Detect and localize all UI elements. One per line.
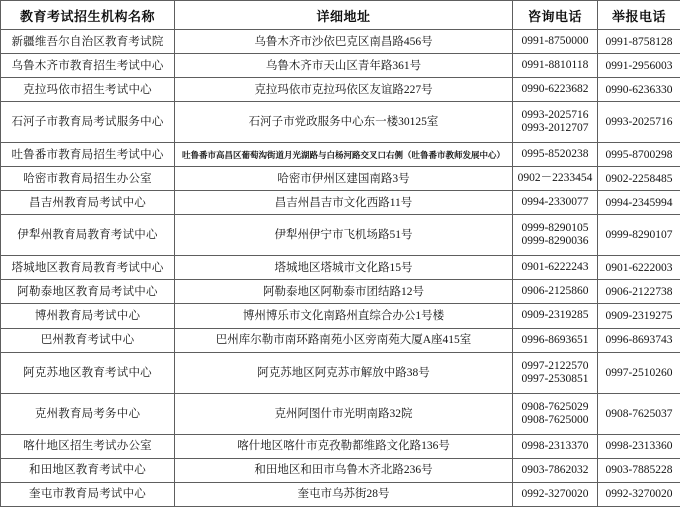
- phone-line: 0901-6222243: [515, 261, 595, 274]
- phone-line: 0902－2233454: [515, 172, 595, 185]
- report-phone: 0902-2258485: [598, 167, 680, 191]
- table-row: 巴州教育考试中心 巴州库尔勒市南环路南苑小区旁南苑大厦A座415室 0996-8…: [1, 328, 680, 352]
- table-row: 和田地区教育考试中心 和田地区和田市乌鲁木齐北路236号 0903-786203…: [1, 458, 680, 482]
- column-header-institution: 教育考试招生机构名称: [1, 1, 175, 30]
- address: 石河子市党政服务中心东一楼30125室: [175, 102, 513, 143]
- institution-name: 塔城地区教育局教育考试中心: [1, 256, 175, 280]
- column-header-address: 详细地址: [175, 1, 513, 30]
- column-header-consult-phone: 咨询电话: [513, 1, 598, 30]
- table-row: 伊犁州教育局教育考试中心 伊犁州伊宁市飞机场路51号 0999-82901050…: [1, 215, 680, 256]
- phone-line: 0992-3270020: [515, 488, 595, 501]
- table-row: 石河子市教育局考试服务中心 石河子市党政服务中心东一楼30125室 0993-2…: [1, 102, 680, 143]
- table-row: 哈密市教育局招生办公室 哈密市伊州区建国南路3号 0902－2233454 09…: [1, 167, 680, 191]
- institution-name: 伊犁州教育局教育考试中心: [1, 215, 175, 256]
- report-phone: 0906-2122738: [598, 280, 680, 304]
- consult-phone: 0999-82901050999-8290036: [513, 215, 598, 256]
- table-row: 新疆维吾尔自治区教育考试院 乌鲁木齐市沙依巴克区南昌路456号 0991-875…: [1, 30, 680, 54]
- report-phone: 0991-8758128: [598, 30, 680, 54]
- report-phone: 0999-8290107: [598, 215, 680, 256]
- table-row: 博州教育局考试中心 博州博乐市文化南路州直综合办公1号楼 0909-231928…: [1, 304, 680, 328]
- phone-line: 0995-8520238: [515, 148, 595, 161]
- report-phone: 0991-2956003: [598, 54, 680, 78]
- address: 阿勒泰地区阿勒泰市团结路12号: [175, 280, 513, 304]
- address: 昌吉州昌吉市文化西路11号: [175, 191, 513, 215]
- phone-line: 0991-8810118: [515, 59, 595, 72]
- report-phone: 0909-2319275: [598, 304, 680, 328]
- phone-directory-page: 教育考试招生机构名称 详细地址 咨询电话 举报电话 新疆维吾尔自治区教育考试院 …: [0, 0, 680, 507]
- address: 乌鲁木齐市天山区青年路361号: [175, 54, 513, 78]
- institution-name: 吐鲁番市教育局招生考试中心: [1, 143, 175, 167]
- phone-line: 0908-7625000: [515, 414, 595, 427]
- phone-line: 0999-8290036: [515, 235, 595, 248]
- consult-phone: 0902－2233454: [513, 167, 598, 191]
- institution-name: 博州教育局考试中心: [1, 304, 175, 328]
- report-phone: 0995-8700298: [598, 143, 680, 167]
- address: 克州阿图什市光明南路32院: [175, 393, 513, 434]
- table-row: 喀什地区招生考试办公室 喀什地区喀什市克孜勒都维路文化路136号 0998-23…: [1, 434, 680, 458]
- consult-phone: 0997-21225700997-2530851: [513, 352, 598, 393]
- institution-name: 哈密市教育局招生办公室: [1, 167, 175, 191]
- address: 伊犁州伊宁市飞机场路51号: [175, 215, 513, 256]
- institution-name: 阿克苏地区教育考试中心: [1, 352, 175, 393]
- report-phone: 0996-8693743: [598, 328, 680, 352]
- consult-phone: 0991-8810118: [513, 54, 598, 78]
- phone-line: 0994-2330077: [515, 196, 595, 209]
- consult-phone: 0992-3270020: [513, 482, 598, 506]
- institution-name: 和田地区教育考试中心: [1, 458, 175, 482]
- institution-name: 巴州教育考试中心: [1, 328, 175, 352]
- phone-line: 0993-2012707: [515, 122, 595, 135]
- phone-line: 0997-2122570: [515, 360, 595, 373]
- consult-phone: 0993-20257160993-2012707: [513, 102, 598, 143]
- table-row: 塔城地区教育局教育考试中心 塔城地区塔城市文化路15号 0901-6222243…: [1, 256, 680, 280]
- phone-line: 0909-2319285: [515, 309, 595, 322]
- report-phone: 0990-6236330: [598, 78, 680, 102]
- phone-line: 0991-8750000: [515, 35, 595, 48]
- phone-line: 0996-8693651: [515, 334, 595, 347]
- phone-line: 0997-2530851: [515, 373, 595, 386]
- consult-phone: 0991-8750000: [513, 30, 598, 54]
- institution-name: 新疆维吾尔自治区教育考试院: [1, 30, 175, 54]
- phone-line: 0993-2025716: [515, 109, 595, 122]
- address: 阿克苏地区阿克苏市解放中路38号: [175, 352, 513, 393]
- institution-name: 乌鲁木齐市教育招生考试中心: [1, 54, 175, 78]
- address: 奎屯市乌苏街28号: [175, 482, 513, 506]
- phone-line: 0998-2313370: [515, 440, 595, 453]
- report-phone: 0901-6222003: [598, 256, 680, 280]
- report-phone: 0998-2313360: [598, 434, 680, 458]
- report-phone: 0992-3270020: [598, 482, 680, 506]
- report-phone: 0903-7885228: [598, 458, 680, 482]
- table-body: 新疆维吾尔自治区教育考试院 乌鲁木齐市沙依巴克区南昌路456号 0991-875…: [1, 30, 680, 507]
- consult-phone: 0901-6222243: [513, 256, 598, 280]
- consult-phone: 0995-8520238: [513, 143, 598, 167]
- consult-phone: 0908-76250290908-7625000: [513, 393, 598, 434]
- consult-phone: 0996-8693651: [513, 328, 598, 352]
- table-row: 奎屯市教育局考试中心 奎屯市乌苏街28号 0992-3270020 0992-3…: [1, 482, 680, 506]
- report-phone: 0997-2510260: [598, 352, 680, 393]
- consult-phone: 0994-2330077: [513, 191, 598, 215]
- institution-name: 奎屯市教育局考试中心: [1, 482, 175, 506]
- institution-name: 克拉玛依市招生考试中心: [1, 78, 175, 102]
- report-phone: 0994-2345994: [598, 191, 680, 215]
- address: 巴州库尔勒市南环路南苑小区旁南苑大厦A座415室: [175, 328, 513, 352]
- institution-name: 石河子市教育局考试服务中心: [1, 102, 175, 143]
- phone-line: 0906-2125860: [515, 285, 595, 298]
- report-phone: 0993-2025716: [598, 102, 680, 143]
- institution-name: 阿勒泰地区教育局考试中心: [1, 280, 175, 304]
- report-phone: 0908-7625037: [598, 393, 680, 434]
- address: 和田地区和田市乌鲁木齐北路236号: [175, 458, 513, 482]
- address: 喀什地区喀什市克孜勒都维路文化路136号: [175, 434, 513, 458]
- phone-line: 0999-8290105: [515, 222, 595, 235]
- consult-phone: 0998-2313370: [513, 434, 598, 458]
- address: 克拉玛依市克拉玛依区友谊路227号: [175, 78, 513, 102]
- header-row: 教育考试招生机构名称 详细地址 咨询电话 举报电话: [1, 1, 680, 30]
- address: 哈密市伊州区建国南路3号: [175, 167, 513, 191]
- address: 塔城地区塔城市文化路15号: [175, 256, 513, 280]
- consult-phone: 0909-2319285: [513, 304, 598, 328]
- table-row: 克州教育局考务中心 克州阿图什市光明南路32院 0908-76250290908…: [1, 393, 680, 434]
- institution-name: 克州教育局考务中心: [1, 393, 175, 434]
- table-row: 阿勒泰地区教育局考试中心 阿勒泰地区阿勒泰市团结路12号 0906-212586…: [1, 280, 680, 304]
- address: 乌鲁木齐市沙依巴克区南昌路456号: [175, 30, 513, 54]
- phone-line: 0903-7862032: [515, 464, 595, 477]
- consult-phone: 0903-7862032: [513, 458, 598, 482]
- table-header: 教育考试招生机构名称 详细地址 咨询电话 举报电话: [1, 1, 680, 30]
- table-row: 阿克苏地区教育考试中心 阿克苏地区阿克苏市解放中路38号 0997-212257…: [1, 352, 680, 393]
- table-row: 昌吉州教育局考试中心 昌吉州昌吉市文化西路11号 0994-2330077 09…: [1, 191, 680, 215]
- consult-phone: 0906-2125860: [513, 280, 598, 304]
- table-row: 吐鲁番市教育局招生考试中心 吐鲁番市高昌区葡萄沟街道月光湖路与白杨河路交叉口右侧…: [1, 143, 680, 167]
- phone-line: 0908-7625029: [515, 401, 595, 414]
- consult-phone: 0990-6223682: [513, 78, 598, 102]
- address: 吐鲁番市高昌区葡萄沟街道月光湖路与白杨河路交叉口右侧（吐鲁番市教师发展中心）: [175, 143, 513, 167]
- column-header-report-phone: 举报电话: [598, 1, 680, 30]
- address: 博州博乐市文化南路州直综合办公1号楼: [175, 304, 513, 328]
- table-row: 克拉玛依市招生考试中心 克拉玛依市克拉玛依区友谊路227号 0990-62236…: [1, 78, 680, 102]
- institution-name: 喀什地区招生考试办公室: [1, 434, 175, 458]
- table-row: 乌鲁木齐市教育招生考试中心 乌鲁木齐市天山区青年路361号 0991-88101…: [1, 54, 680, 78]
- phone-line: 0990-6223682: [515, 83, 595, 96]
- phone-directory-table: 教育考试招生机构名称 详细地址 咨询电话 举报电话 新疆维吾尔自治区教育考试院 …: [0, 0, 680, 507]
- institution-name: 昌吉州教育局考试中心: [1, 191, 175, 215]
